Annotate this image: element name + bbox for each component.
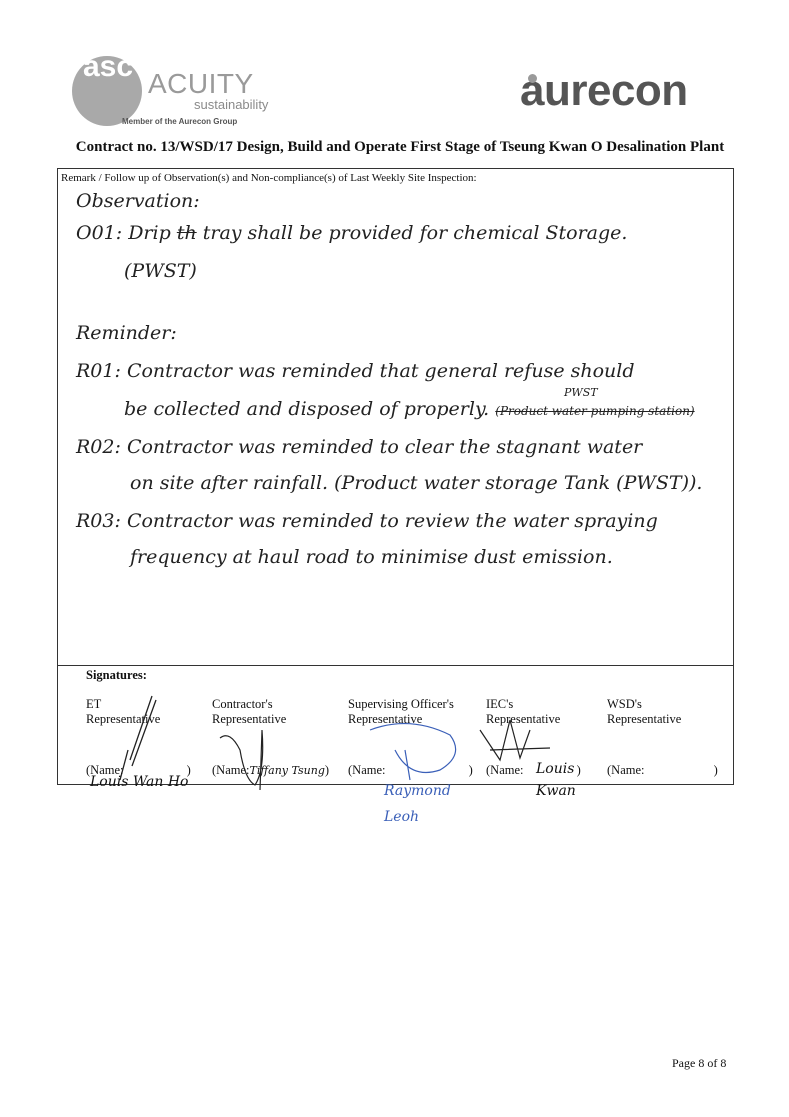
reminder-line1: Contractor was reminded that general ref… xyxy=(127,360,635,382)
observation-heading: Observation: xyxy=(76,190,200,212)
name-label: (Name: xyxy=(486,763,523,777)
signatures-title: Signatures: xyxy=(86,668,147,683)
observation-id: O01: xyxy=(76,222,122,244)
handwritten-name-supervising-officer: Raymond Leoh xyxy=(384,778,454,830)
reminder-heading: Reminder: xyxy=(76,322,177,344)
reminder-item-r02: R02: Contractor was reminded to clear th… xyxy=(76,436,642,458)
reminder-line1: Contractor was reminded to review the wa… xyxy=(127,510,658,532)
handwritten-name-contractor: Tiffany Tsung xyxy=(249,764,324,777)
observation-text-pre: Drip xyxy=(128,222,177,244)
reminder-id: R02: xyxy=(76,436,121,458)
acuity-logo-tagline: sustainability xyxy=(194,97,268,112)
sig-name-contractor: (Name:Tiffany Tsung) xyxy=(212,763,329,778)
observation-item: O01: Drip th tray shall be provided for … xyxy=(76,222,627,244)
acuity-logo-name: ACUITY xyxy=(148,68,254,100)
name-close: ) xyxy=(577,763,581,777)
name-close: ) xyxy=(469,763,473,777)
reminder-struck-text: (Product water pumping station) xyxy=(495,404,694,418)
observation-struck-text: th xyxy=(177,222,197,244)
name-label: (Name: xyxy=(607,763,644,777)
contract-title: Contract no. 13/WSD/17 Design, Build and… xyxy=(60,139,740,156)
reminder-item-r03-line2: frequency at haul road to minimise dust … xyxy=(130,546,613,568)
sig-name-wsd: (Name: ) xyxy=(607,763,718,778)
remark-label: Remark / Follow up of Observation(s) and… xyxy=(61,172,477,184)
handwritten-name-iec: Louis Kwan xyxy=(536,758,576,802)
reminder-id: R03: xyxy=(76,510,121,532)
reminder-line1: Contractor was reminded to clear the sta… xyxy=(127,436,642,458)
name-label: (Name: xyxy=(348,763,385,777)
reminder-item-r01-line2: be collected and disposed of properly. (… xyxy=(124,398,695,420)
reminder-item-r02-line2: on site after rainfall. (Product water s… xyxy=(130,472,702,494)
reminder-item-r01: R01: Contractor was reminded that genera… xyxy=(76,360,635,382)
name-close: ) xyxy=(325,763,329,777)
acuity-member-text: Member of the Aurecon Group xyxy=(122,117,237,126)
acuity-logo-letters: asc xyxy=(80,56,136,126)
signature-divider xyxy=(57,665,734,666)
reminder-line2: be collected and disposed of properly. xyxy=(124,398,489,420)
reminder-item-r03: R03: Contractor was reminded to review t… xyxy=(76,510,658,532)
observation-line2: (PWST) xyxy=(124,260,197,282)
sig-name-supervising-officer: (Name: ) xyxy=(348,763,473,778)
handwritten-name-et: Louis Wan Ho xyxy=(90,774,188,790)
page-number: Page 8 of 8 xyxy=(672,1056,726,1071)
aurecon-logo: aurecon xyxy=(520,66,688,116)
observation-text-post: tray shall be provided for chemical Stor… xyxy=(197,222,628,244)
name-label: (Name: xyxy=(212,763,249,777)
name-close: ) xyxy=(714,763,718,777)
reminder-id: R01: xyxy=(76,360,121,382)
aurecon-logo-dot xyxy=(528,74,537,83)
